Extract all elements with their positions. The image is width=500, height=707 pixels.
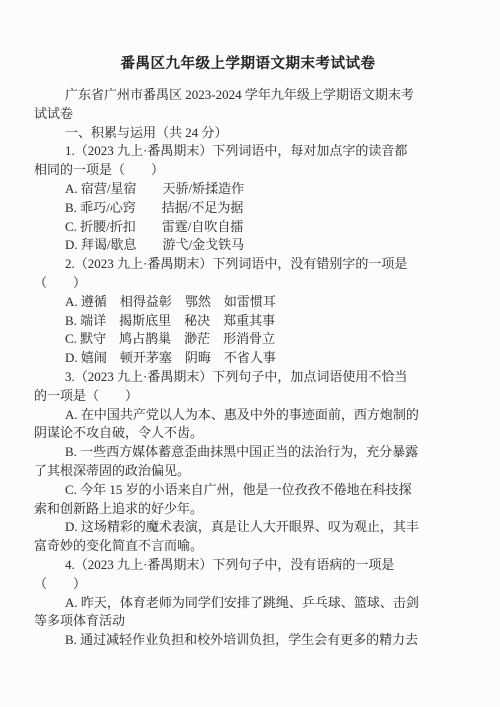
text-line: C. 今年 15 岁的小语来自广州，他是一位孜孜不倦地在科技探 — [34, 481, 462, 500]
text-line: D. 拜谒/歇息 游弋/金戈铁马 — [34, 236, 462, 255]
text-line: 的一项是（ ） — [34, 387, 462, 406]
text-line: 阴谋论不攻自破，令人不齿。 — [34, 424, 462, 443]
exam-title: 番禺区九年级上学期语文期末考试试卷 — [34, 54, 462, 74]
text-line: C. 折腰/折扣 雷霆/自吹自擂 — [34, 218, 462, 237]
text-line: B. 端详 揭斯底里 秘决 郑重其事 — [34, 312, 462, 331]
text-line: 2.（2023 九上·番禺期末）下列词语中，没有错别字的一项是 — [34, 255, 462, 274]
text-line: 3.（2023 九上·番禺期末）下列句子中，加点词语使用不恰当 — [34, 368, 462, 387]
text-line: A. 昨天，体育老师为同学们安排了跳绳、乒乓球、篮球、击剑 — [34, 594, 462, 613]
text-line: 试试卷 — [34, 105, 462, 124]
text-line: A. 遵循 相得益彰 鄂然 如雷惯耳 — [34, 293, 462, 312]
text-line: 广东省广州市番禺区 2023-2024 学年九年级上学期语文期末考 — [34, 86, 462, 105]
text-line: 1.（2023 九上·番禺期末）下列词语中，每对加点字的读音都 — [34, 142, 462, 161]
text-line: 相同的一项是（ ） — [34, 161, 462, 180]
text-line: C. 默守 鸠占鹊巢 渺茫 形消骨立 — [34, 330, 462, 349]
exam-body: 广东省广州市番禺区 2023-2024 学年九年级上学期语文期末考试试卷一、积累… — [34, 86, 462, 650]
text-line: D. 这场精彩的魔术表演，真是让人大开眼界、叹为观止，其丰 — [34, 518, 462, 537]
text-line: （ ） — [34, 575, 462, 594]
text-line: （ ） — [34, 274, 462, 293]
exam-content: 番禺区九年级上学期语文期末考试试卷 广东省广州市番禺区 2023-2024 学年… — [0, 0, 500, 650]
exam-paper-page: 番禺区九年级上学期语文期末考试试卷 广东省广州市番禺区 2023-2024 学年… — [0, 0, 500, 707]
text-line: 富奇妙的变化简直不言而喻。 — [34, 537, 462, 556]
text-line: 4.（2023 九上·番禺期末）下列句子中，没有语病的一项是 — [34, 556, 462, 575]
text-line: B. 通过减轻作业负担和校外培训负担，学生会有更多的精力去 — [34, 631, 462, 650]
text-line: 一、积累与运用（共 24 分） — [34, 124, 462, 143]
text-line: D. 嬉闹 顿开茅塞 阴晦 不省人事 — [34, 349, 462, 368]
text-line: A. 宿营/星宿 天骄/矫揉造作 — [34, 180, 462, 199]
text-line: A. 在中国共产党以人为本、惠及中外的事迹面前，西方炮制的 — [34, 406, 462, 425]
text-line: 了其根深蒂固的政治偏见。 — [34, 462, 462, 481]
text-line: B. 一些西方媒体蓄意歪曲抹黑中国正当的法治行为，充分暴露 — [34, 443, 462, 462]
text-line: 等多项体育活动 — [34, 612, 462, 631]
text-line: 索和创新路上追求的好少年。 — [34, 500, 462, 519]
text-line: B. 乖巧/心窍 拮据/不足为据 — [34, 199, 462, 218]
